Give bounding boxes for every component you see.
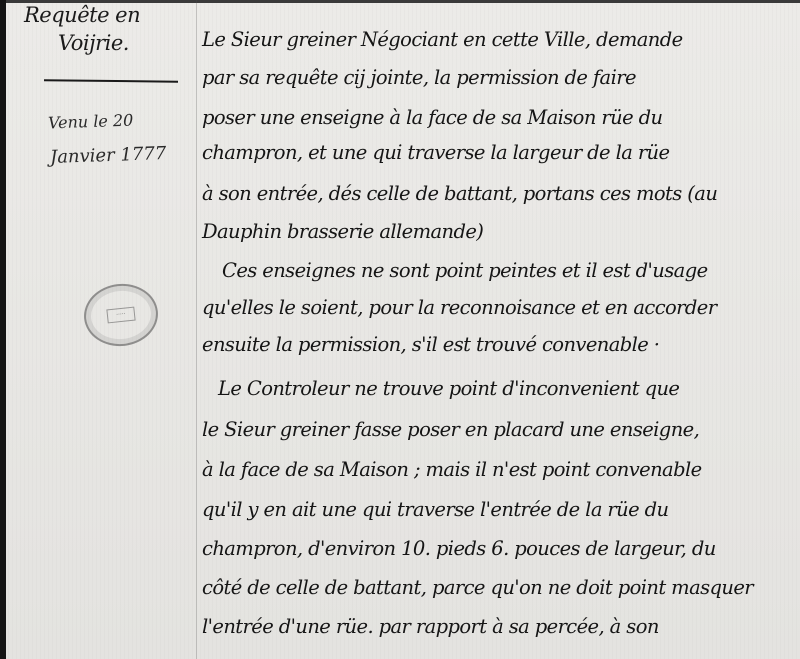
body-line-1: Le Sieur greiner Négociant en cette Vill… — [202, 28, 683, 51]
body-line-13: qu'il y en ait une qui traverse l'entrée… — [202, 498, 669, 521]
margin-rule-line — [196, 0, 197, 659]
page-torn-left-edge — [0, 0, 6, 659]
body-line-11: le Sieur greiner fasse poser en placard … — [202, 418, 699, 441]
body-line-4: champron, et une qui traverse la largeur… — [202, 141, 669, 164]
margin-date-line-2: Janvier 1777 — [50, 143, 167, 168]
body-line-7: Ces enseignes ne sont point peintes et i… — [222, 259, 708, 282]
body-line-6: Dauphin brasserie allemande) — [202, 220, 483, 243]
margin-title-underline — [44, 79, 178, 82]
body-line-3: poser une enseigne à la face de sa Maiso… — [202, 106, 662, 129]
body-line-9: ensuite la permission, s'il est trouvé c… — [202, 333, 659, 356]
body-line-5: à son entrée, dés celle de battant, port… — [202, 182, 717, 205]
body-line-8: qu'elles le soient, pour la reconnoisanc… — [202, 296, 716, 319]
margin-date-line-1: Venu le 20 — [48, 111, 134, 133]
body-line-2: par sa requête cij jointe, la permission… — [202, 66, 636, 89]
archive-stamp-icon: ····· — [81, 280, 161, 349]
body-line-12: à la face de sa Maison ; mais il n'est p… — [202, 458, 702, 481]
margin-title-line-1: Requête en — [24, 2, 140, 28]
manuscript-page: Requête en Voijrie. Venu le 20 Janvier 1… — [0, 0, 800, 659]
body-line-16: l'entrée d'une rüe. par rapport à sa per… — [202, 615, 659, 638]
body-line-15: côté de celle de battant, parce qu'on ne… — [202, 576, 753, 599]
margin-title-line-2: Voijrie. — [58, 30, 129, 56]
stamp-center-label: ····· — [106, 307, 135, 324]
body-line-10: Le Controleur ne trouve point d'inconven… — [218, 377, 679, 400]
body-line-14: champron, d'environ 10. pieds 6. pouces … — [202, 537, 716, 560]
